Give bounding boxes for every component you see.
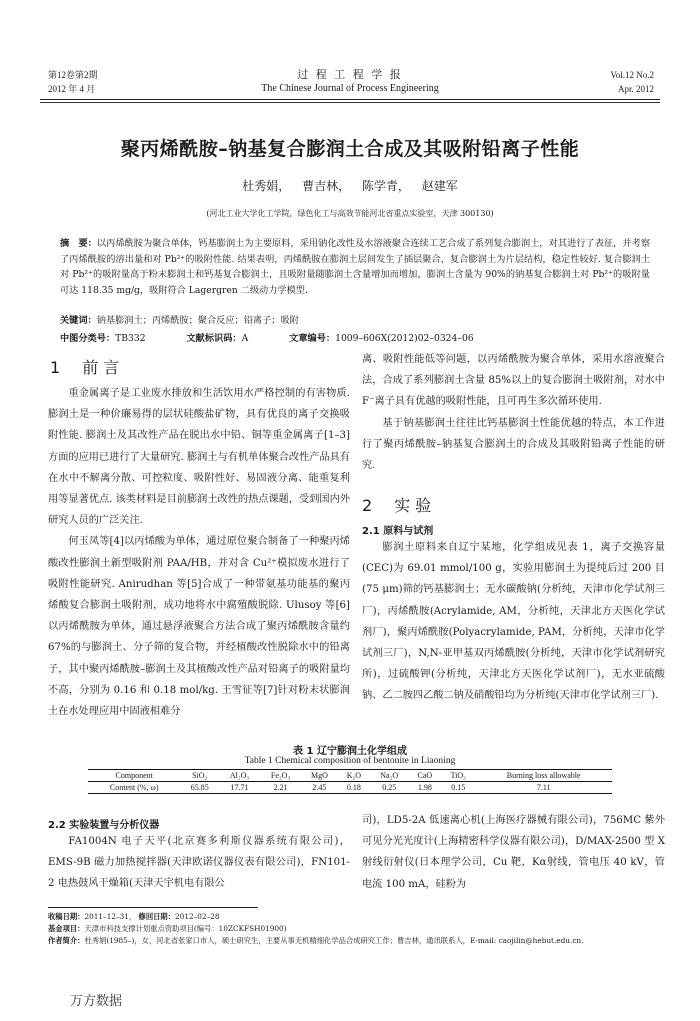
wanfang-watermark: 万方数据: [70, 990, 122, 1009]
received-label: 收稿日期：: [48, 912, 84, 921]
journal-title-en: The Chinese Journal of Process Engineeri…: [0, 82, 700, 95]
abstract: 摘 要：以丙烯酰胺为聚合单体，钙基膨润土为主要原料，采用钠化改性及水溶液聚合连续…: [60, 236, 650, 298]
footnote-rule: [48, 907, 258, 908]
table-cell: 65.85: [180, 782, 219, 794]
fund-label: 基金项目：: [48, 924, 84, 933]
abstract-text: 以丙烯酰胺为聚合单体，钙基膨润土为主要原料，采用钠化改性及水溶液聚合连续工艺合成…: [60, 238, 650, 296]
table-header-cell: TiO₂: [441, 770, 475, 782]
date-en: Apr. 2012: [618, 83, 654, 96]
materials-text: 膨润土原料来自辽宁某地，化学组成见表 1，离子交换容量(CEC)为 69.01 …: [362, 537, 665, 707]
article-no-value: 1009–606X(2012)02–0324–06: [335, 333, 474, 344]
intro-paragraph-1: 重金属离子是工业废水排放和生活饮用水严格控制的有害物质. 膨润土是一种价廉易得的…: [48, 383, 350, 531]
right-column: 离、吸附性能低等问题，以丙烯酰胺为聚合单体，采用水溶液聚合法，合成了系列膨润土含…: [362, 349, 665, 476]
header-rule: [40, 99, 660, 100]
fund-value: 天津市科技支撑计划重点资助项目(编号：10ZCKFSH01900): [84, 924, 286, 933]
table-header-cell: CaO: [408, 770, 441, 782]
equipment-paragraph-right: 司)，LD5-2A 低速离心机(上海医疗器械有限公司)，756MC 紫外可见分光…: [362, 810, 665, 895]
keywords-text: 钠基膨润土；丙烯酰胺；聚合反应；铅离子；吸附: [97, 315, 299, 326]
doc-code-value: A: [242, 333, 249, 344]
section-2-heading: 2实 验: [362, 493, 431, 516]
equipment-text-right: 司)，LD5-2A 低速离心机(上海医疗器械有限公司)，756MC 紫外可见分光…: [362, 810, 665, 895]
article-no-label: 文章编号：: [289, 333, 335, 344]
section-1-number: 1: [50, 358, 60, 377]
author-bio-value: 杜秀娟(1985–)，女，河北省张家口市人，硕士研究生，主要从事无机精细化学品合…: [84, 936, 583, 945]
section-2-title: 实 验: [394, 496, 431, 515]
table-cell: 0.25: [370, 782, 408, 794]
footnote-dates: 收稿日期：2011–12–31， 修回日期：2012–02–28: [48, 911, 219, 923]
subsection-2-1-heading: 2.1 原料与试剂: [362, 522, 433, 537]
table-cell: 0.18: [338, 782, 370, 794]
table-header-cell: Component: [88, 770, 180, 782]
footnote-fund: 基金项目：天津市科技支撑计划重点资助项目(编号：10ZCKFSH01900): [48, 923, 287, 935]
subsection-2-2-heading: 2.2 实验装置与分析仪器: [48, 816, 159, 831]
table-header-cell: Al₂O₃: [219, 770, 260, 782]
table-header-cell: Na₂O: [370, 770, 408, 782]
table-1-caption-cn: 表 1 辽宁膨润土化学组成: [0, 742, 700, 757]
table-header-cell: SiO₂: [180, 770, 219, 782]
revised-date: 2012–02–28: [175, 912, 219, 921]
clc-label: 中图分类号：: [60, 333, 115, 344]
header-rule-thin: [40, 102, 660, 103]
table-cell: 17.71: [219, 782, 260, 794]
table-cell: 0.15: [441, 782, 475, 794]
section-1-title: 前 言: [82, 358, 119, 377]
section-2-number: 2: [362, 496, 372, 515]
intro-paragraph-3: 基于钠基膨润土往往比钙基膨润土性能优越的特点，本工作进行了聚丙烯酰胺–钠基复合膨…: [362, 413, 665, 477]
table-cell: 1.98: [408, 782, 441, 794]
table-cell: Content (%, ω): [88, 782, 180, 794]
table-1: Component SiO₂ Al₂O₃ Fe₂O₃ MgO K₂O Na₂O …: [88, 769, 612, 794]
doc-code-label: 文献标识码：: [186, 333, 241, 344]
volume-issue-en: Vol.12 No.2: [610, 69, 654, 82]
author-bio-label: 作者简介：: [48, 936, 84, 945]
table-cell: 2.21: [260, 782, 301, 794]
materials-paragraph: 膨润土原料来自辽宁某地，化学组成见表 1，离子交换容量(CEC)为 69.01 …: [362, 537, 665, 707]
section-1-heading: 1前 言: [50, 355, 119, 378]
table-header-cell: K₂O: [338, 770, 370, 782]
table-header-cell: Burning loss allowable: [475, 770, 612, 782]
keywords-label: 关键词：: [60, 315, 97, 326]
intro-paragraph-2-cont: 离、吸附性能低等问题，以丙烯酰胺为聚合单体，采用水溶液聚合法，合成了系列膨润土含…: [362, 349, 665, 413]
clc-value: TB332: [115, 333, 145, 344]
intro-paragraph-2: 何玉凤等[4]以丙烯酸为单体，通过原位聚合制备了一种聚丙烯酸改性膨润土新型吸附剂…: [48, 531, 350, 722]
affiliation: (河北工业大学化工学院，绿色化工与高效节能河北省重点实验室，天津 300130): [0, 208, 700, 219]
table-header-cell: Fe₂O₃: [260, 770, 301, 782]
table-row: Content (%, ω) 65.85 17.71 2.21 2.45 0.1…: [88, 782, 612, 794]
authors: 杜秀娟， 曹吉林， 陈学青， 赵建军: [0, 177, 700, 194]
keywords: 关键词：钠基膨润土；丙烯酰胺；聚合反应；铅离子；吸附: [60, 312, 299, 326]
table-cell: 7.11: [475, 782, 612, 794]
table-cell: 2.45: [301, 782, 338, 794]
table-header-row: Component SiO₂ Al₂O₃ Fe₂O₃ MgO K₂O Na₂O …: [88, 770, 612, 782]
table-header-cell: MgO: [301, 770, 338, 782]
equipment-text-left: FA1004N 电子天平(北京赛多利斯仪器系统有限公司)，EMS-9B 磁力加热…: [48, 831, 350, 895]
journal-title-cn: 过 程 工 程 学 报: [0, 66, 700, 82]
footnote-author: 作者简介：杜秀娟(1985–)，女，河北省张家口市人，硕士研究生，主要从事无机精…: [48, 935, 583, 947]
article-title: 聚丙烯酰胺–钠基复合膨润土合成及其吸附铅离子性能: [0, 134, 700, 161]
equipment-paragraph-left: FA1004N 电子天平(北京赛多利斯仪器系统有限公司)，EMS-9B 磁力加热…: [48, 831, 350, 895]
revised-label: 修回日期：: [139, 912, 175, 921]
classification-line: 中图分类号：TB332 文献标识码：A 文章编号：1009–606X(2012)…: [60, 330, 512, 344]
table-1-caption-en: Table 1 Chemical composition of bentonit…: [0, 756, 700, 766]
abstract-label: 摘 要：: [60, 238, 97, 249]
received-date: 2011–12–31，: [84, 912, 136, 921]
left-column: 重金属离子是工业废水排放和生活饮用水严格控制的有害物质. 膨润土是一种价廉易得的…: [48, 383, 350, 722]
